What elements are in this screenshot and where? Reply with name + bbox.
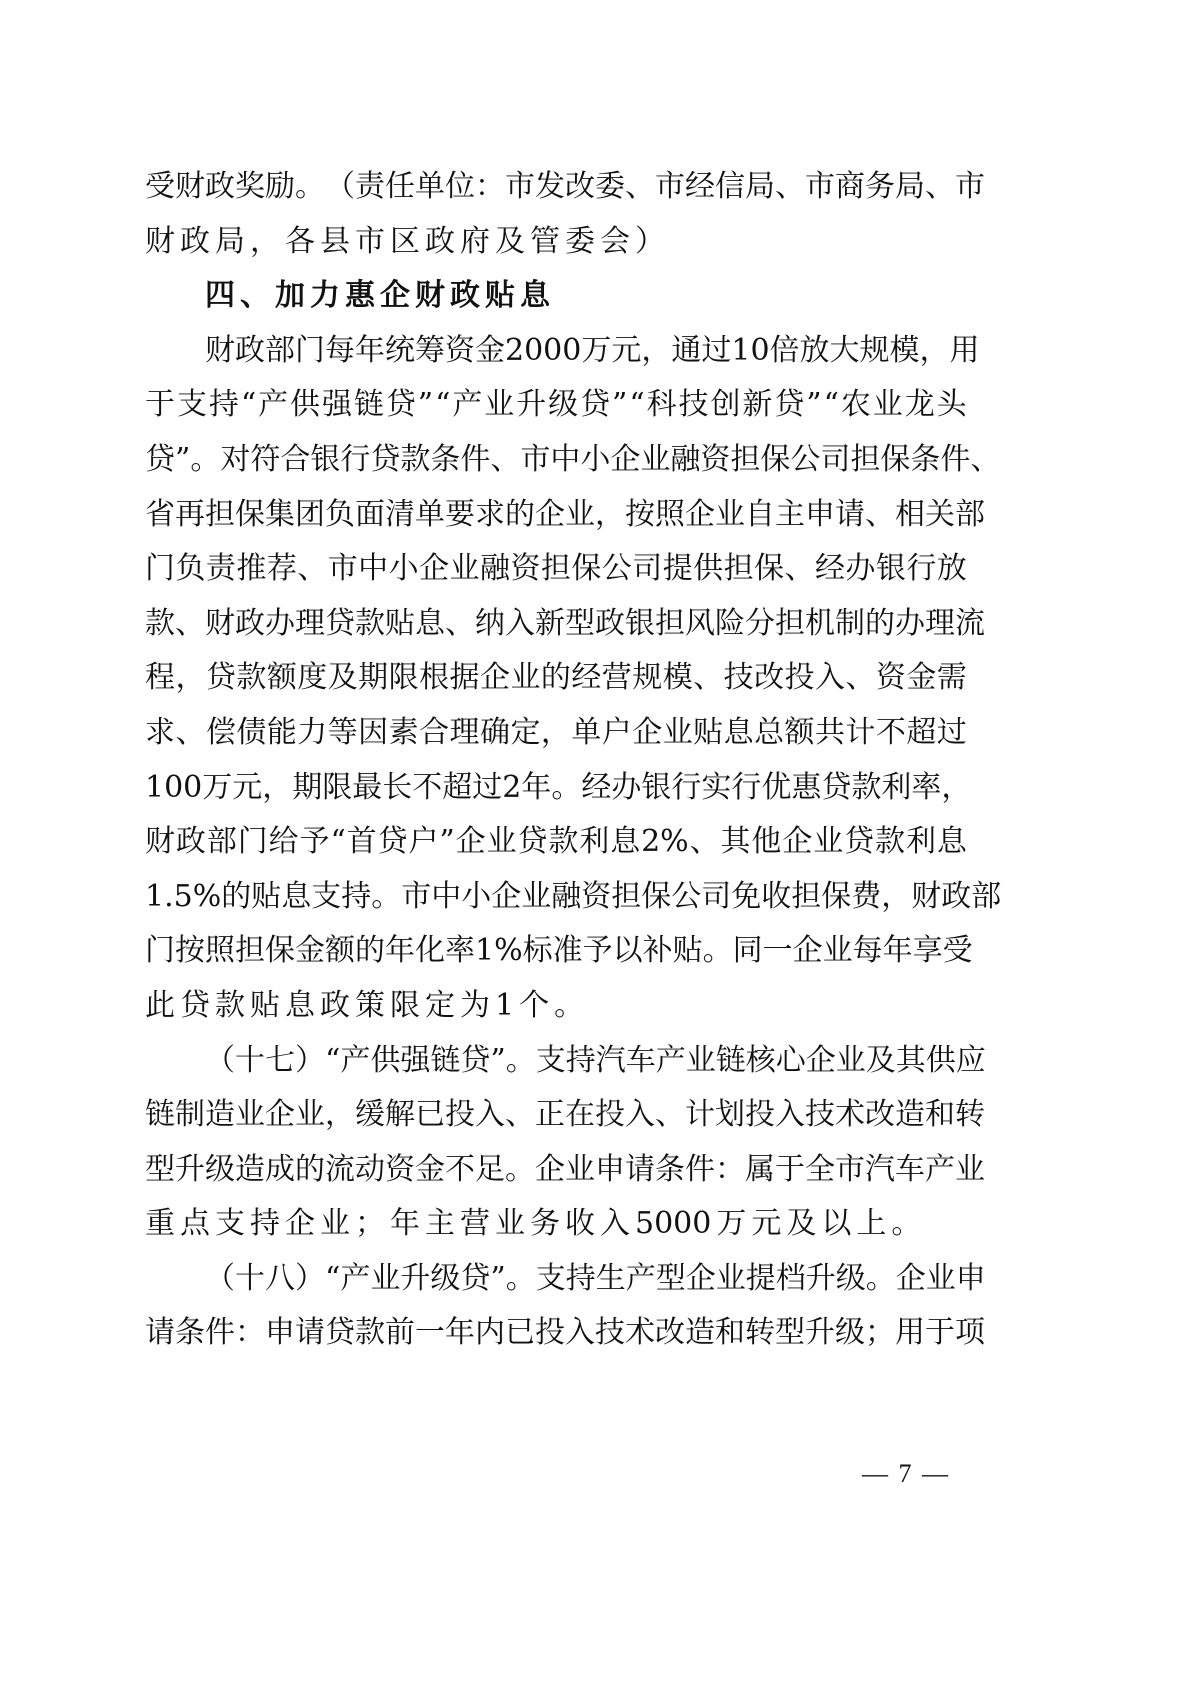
text-line: （十七）“产供强链贷”。支持汽车产业链核心企业及其供应 [145,1034,967,1089]
text-line: 财政部门给予“首贷户”企业贷款利息2%、其他企业贷款利息 [145,815,967,870]
section-heading: 四、加力惠企财政贴息 [145,269,967,324]
text-line: 款、财政办理贷款贴息、纳入新型政银担风险分担机制的办理流 [145,597,967,652]
text-line: 程，贷款额度及期限根据企业的经营规模、技改投入、资金需 [145,651,967,706]
page-number: — 7 — [862,1459,950,1489]
text-line: 财政局，各县市区政府及管委会） [145,215,967,270]
text-line: （十八）“产业升级贷”。支持生产型企业提档升级。企业申 [145,1252,967,1307]
text-line: 财政部门每年统筹资金2000万元，通过10倍放大规模，用 [145,324,967,379]
text-line: 1.5%的贴息支持。市中小企业融资担保公司免收担保费，财政部 [145,870,967,925]
text-line: 受财政奖励。（责任单位：市发改委、市经信局、市商务局、市 [145,160,967,215]
text-line: 重点支持企业；年主营业务收入5000万元及以上。 [145,1197,967,1252]
text-line: 贷”。对符合银行贷款条件、市中小企业融资担保公司担保条件、 [145,433,967,488]
text-line: 于支持“产供强链贷”“产业升级贷”“科技创新贷”“农业龙头 [145,378,967,433]
text-line: 型升级造成的流动资金不足。企业申请条件：属于全市汽车产业 [145,1143,967,1198]
text-line: 门按照担保金额的年化率1%标准予以补贴。同一企业每年享受 [145,924,967,979]
text-line: 门负责推荐、市中小企业融资担保公司提供担保、经办银行放 [145,542,967,597]
document-page: 受财政奖励。（责任单位：市发改委、市经信局、市商务局、市财政局，各县市区政府及管… [0,0,1191,1684]
text-line: 链制造业企业，缓解已投入、正在投入、计划投入技术改造和转 [145,1088,967,1143]
text-line: 求、偿债能力等因素合理确定，单户企业贴息总额共计不超过 [145,706,967,761]
text-line: 此贷款贴息政策限定为1个。 [145,979,967,1034]
text-line: 100万元，期限最长不超过2年。经办银行实行优惠贷款利率， [145,761,967,816]
text-line: 省再担保集团负面清单要求的企业，按照企业自主申请、相关部 [145,488,967,543]
text-line: 请条件：申请贷款前一年内已投入技术改造和转型升级；用于项 [145,1306,967,1361]
document-body: 受财政奖励。（责任单位：市发改委、市经信局、市商务局、市财政局，各县市区政府及管… [145,160,967,1361]
